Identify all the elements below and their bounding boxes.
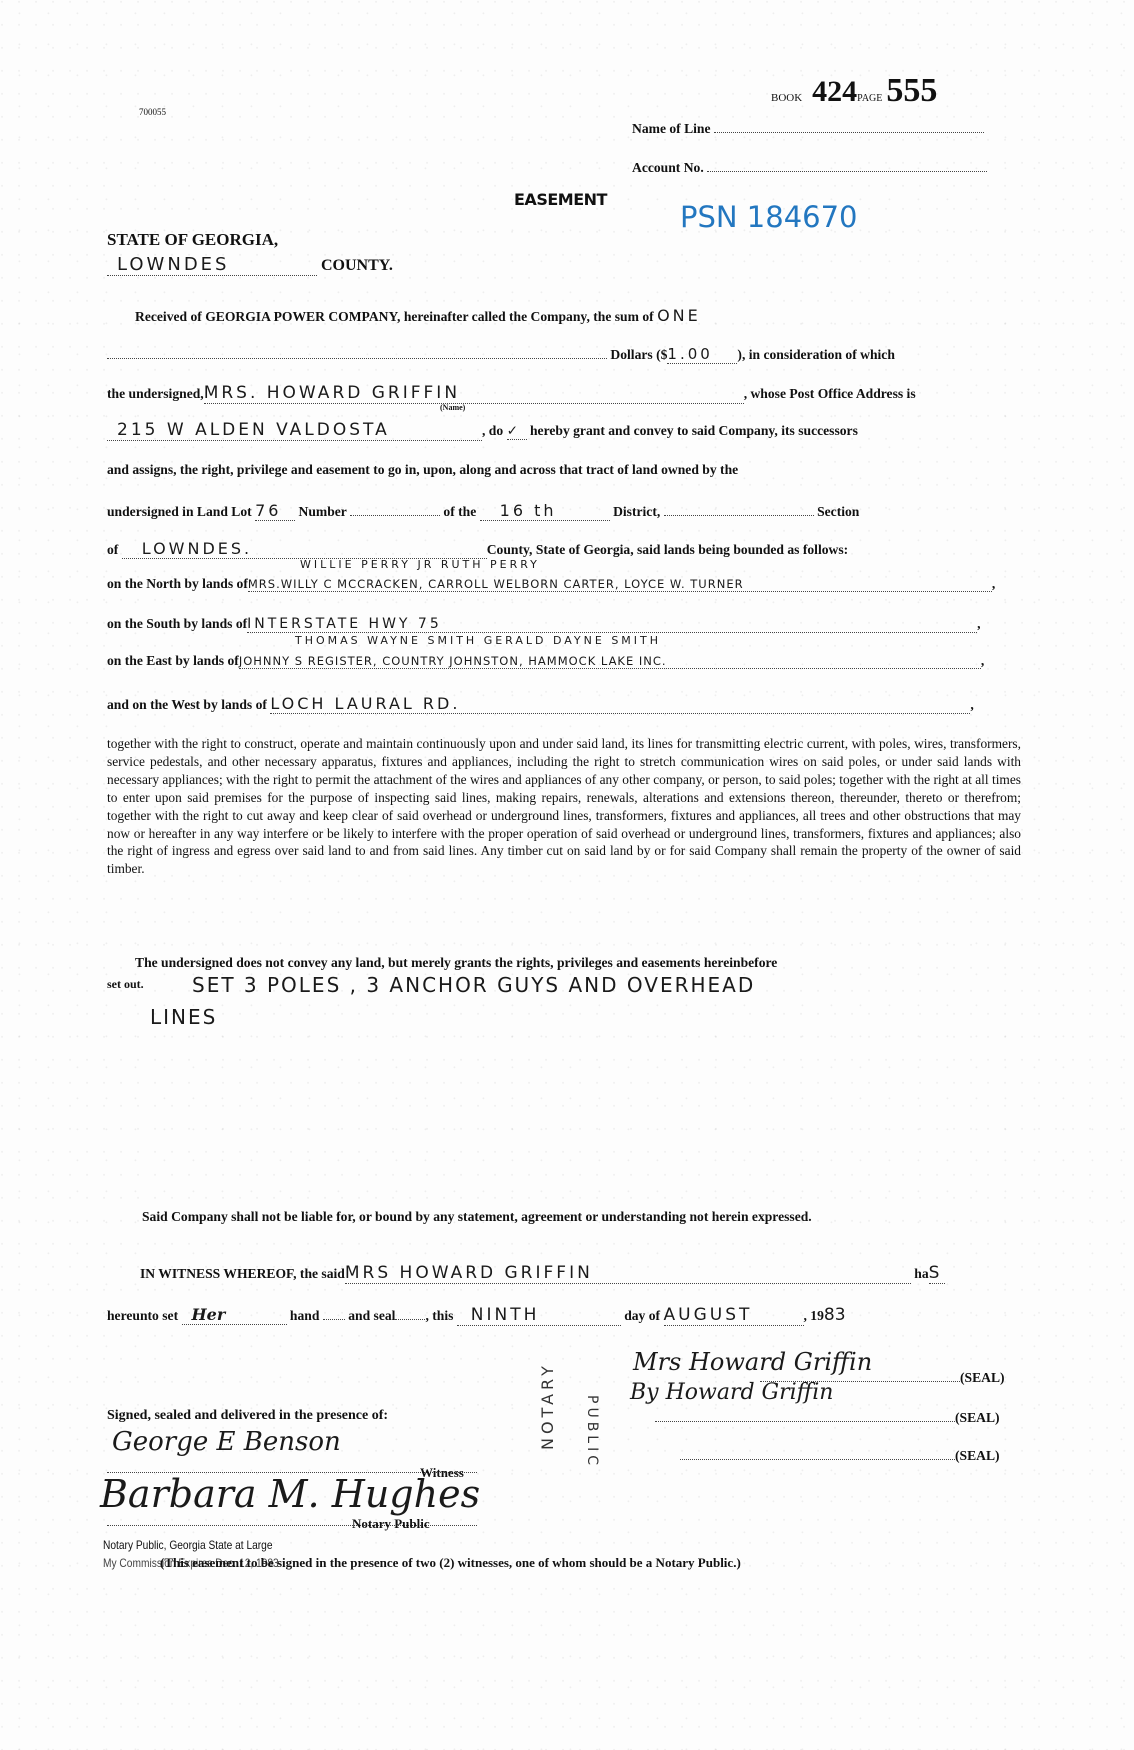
book-page-stamp: BOOK 424PAGE 555 (771, 72, 937, 110)
number-label: Number (299, 504, 347, 519)
witness-whereof-row: IN WITNESS WHEREOF, the saidMRS HOWARD G… (140, 1263, 945, 1284)
county-label: COUNTY. (321, 257, 393, 274)
sum-continuation-line[interactable] (107, 358, 607, 359)
received-text: Received of GEORGIA POWER COMPANY, herei… (135, 309, 654, 324)
presence-label: Signed, sealed and delivered in the pres… (107, 1408, 388, 1424)
grant-text: hereby grant and convey to said Company,… (530, 423, 858, 438)
book-label: BOOK (771, 92, 802, 104)
address-field[interactable]: 215 W ALDEN VALDOSTA (107, 420, 482, 441)
dollars-label: Dollars ($ (610, 347, 667, 362)
land-lot-field[interactable]: 76 (255, 501, 295, 521)
county-row: LOWNDES COUNTY. (107, 254, 393, 276)
sum-words-field[interactable]: ONE (657, 306, 701, 325)
account-no-label: Account No. (632, 160, 704, 175)
seal-label-3: (SEAL) (955, 1448, 1000, 1463)
number-field[interactable] (350, 515, 440, 516)
north-above-names: WILLIE PERRY JR RUTH PERRY (300, 558, 540, 571)
account-no-field[interactable] (707, 171, 987, 172)
signature-line-3[interactable] (680, 1459, 955, 1460)
has-label: ha (914, 1266, 928, 1281)
west-row: and on the West by lands of LOCH LAURAL … (107, 694, 974, 714)
this-label: , this (425, 1308, 453, 1323)
notary-signature: Barbara M. Hughes (100, 1472, 480, 1516)
county-state-text: County, State of Georgia, said lands bei… (487, 542, 848, 557)
district-label: District, (613, 504, 660, 519)
date-row: hereunto set Her hand and seal, this NIN… (107, 1305, 846, 1326)
hereunto-label: hereunto set (107, 1308, 178, 1323)
north-row: on the North by lands ofMRS.WILLY C MCCR… (107, 576, 995, 592)
county-field[interactable]: LOWNDES (107, 254, 317, 276)
po-label: , whose Post Office Address is (744, 386, 916, 401)
dollars-row: Dollars ($1.00), in consideration of whi… (107, 345, 895, 364)
witness-name-field[interactable]: MRS HOWARD GRIFFIN (345, 1263, 911, 1284)
west-label: and on the West by lands of (107, 697, 267, 712)
year-field[interactable]: 83 (824, 1305, 846, 1325)
page-number: 555 (886, 72, 937, 109)
north-label: on the North by lands of (107, 576, 248, 591)
east-label: on the East by lands of (107, 653, 239, 668)
east-field[interactable]: JOHNNY S REGISTER, COUNTRY JOHNSTON, HAM… (239, 654, 981, 669)
pronoun-field[interactable]: Her (182, 1305, 287, 1325)
liability-text: Said Company shall not be liable for, or… (107, 1208, 1021, 1226)
psn-number: PSN 184670 (680, 200, 858, 234)
footer-note: (This easement to be signed in the prese… (160, 1555, 741, 1571)
not-convey-text: The undersigned does not convey any land… (135, 955, 777, 971)
has-suffix-field[interactable]: S (929, 1263, 945, 1284)
north-field[interactable]: MRS.WILLY C MCCRACKEN, CARROLL WELBORN C… (248, 577, 992, 592)
district-field[interactable]: 16 th (480, 501, 610, 521)
form-number: 700055 (139, 107, 166, 117)
document-title: EASEMENT (514, 190, 607, 209)
day-field[interactable]: NINTH (457, 1305, 621, 1326)
book-number: 424 (812, 75, 857, 108)
grantor-row: the undersigned,MRS. HOWARD GRIFFIN, who… (107, 383, 916, 404)
notary-label: Notary Public (352, 1516, 430, 1532)
hand-dots (323, 1319, 345, 1320)
grantor-name-field[interactable]: MRS. HOWARD GRIFFIN (204, 383, 744, 404)
seal-line-3: (SEAL) (680, 1448, 1000, 1464)
east-above-names: THOMAS WAYNE SMITH GERALD DAYNE SMITH (295, 634, 661, 647)
received-row: Received of GEORGIA POWER COMPANY, herei… (135, 306, 701, 325)
page-label: PAGE (857, 93, 882, 104)
day-of-label: day of (624, 1308, 660, 1323)
name-of-line-field[interactable] (714, 132, 984, 133)
witness-signature: George E Benson (112, 1427, 341, 1457)
signature-line-2[interactable] (655, 1421, 955, 1422)
south-label: on the South by lands of (107, 616, 247, 631)
undersigned-label: the undersigned, (107, 386, 204, 401)
set-out-label: set out. (107, 977, 144, 992)
of-the-label: of the (443, 504, 476, 519)
seal-label-2: (SEAL) (955, 1410, 1000, 1425)
land-county-field[interactable]: LOWNDES. (122, 539, 487, 559)
do-label: , do (482, 423, 503, 438)
name-of-line-label: Name of Line (632, 121, 711, 136)
south-field[interactable]: INTERSTATE HWY 75 (247, 616, 977, 633)
address-row: 215 W ALDEN VALDOSTA, do ✓ hereby grant … (107, 420, 858, 441)
and-seal-label: and seal (348, 1308, 395, 1323)
notary-seal-text-2: PUBLIC (584, 1395, 600, 1469)
land-lot-row: undersigned in Land Lot 76 Number of the… (107, 501, 859, 521)
rights-paragraph: together with the right to construct, op… (107, 735, 1021, 878)
month-field[interactable]: AUGUST (664, 1305, 804, 1326)
state-label: STATE OF GEORGIA, (107, 230, 278, 250)
name-of-line-row: Name of Line (632, 121, 984, 137)
seal-label-1: (SEAL) (960, 1370, 1005, 1385)
south-row: on the South by lands ofINTERSTATE HWY 7… (107, 616, 981, 633)
notary-seal-text-1: NOTARY (538, 1362, 557, 1450)
amount-field[interactable]: 1.00 (667, 345, 737, 364)
section-label: Section (817, 504, 859, 519)
consideration-text: ), in consideration of which (737, 347, 894, 362)
name-caption: (Name) (440, 403, 465, 412)
set-out-line-2[interactable]: LINES (150, 1005, 217, 1029)
section-field[interactable] (664, 515, 814, 516)
assigns-text: and assigns, the right, privilege and ea… (107, 462, 738, 478)
east-row: on the East by lands ofJOHNNY S REGISTER… (107, 653, 984, 669)
grantor-signature-2: By Howard Griffin (630, 1380, 833, 1405)
notary-stamp-line-1: Notary Public, Georgia State at Large (103, 1538, 273, 1552)
land-lot-label: undersigned in Land Lot (107, 504, 252, 519)
whereof-label: IN WITNESS WHEREOF, the said (140, 1266, 345, 1281)
set-out-line-1[interactable]: SET 3 POLES , 3 ANCHOR GUYS AND OVERHEAD (192, 973, 755, 997)
seal-dots (395, 1319, 425, 1320)
seal-line-2: (SEAL) (655, 1410, 1000, 1426)
of-label: of (107, 542, 118, 557)
west-field[interactable]: LOCH LAURAL RD. (270, 694, 970, 714)
hand-label: hand (290, 1308, 319, 1323)
county-state-row: of LOWNDES.County, State of Georgia, sai… (107, 539, 848, 559)
year-prefix: , 19 (804, 1308, 824, 1323)
account-no-row: Account No. (632, 160, 987, 176)
do-checkmark[interactable]: ✓ (507, 423, 527, 440)
